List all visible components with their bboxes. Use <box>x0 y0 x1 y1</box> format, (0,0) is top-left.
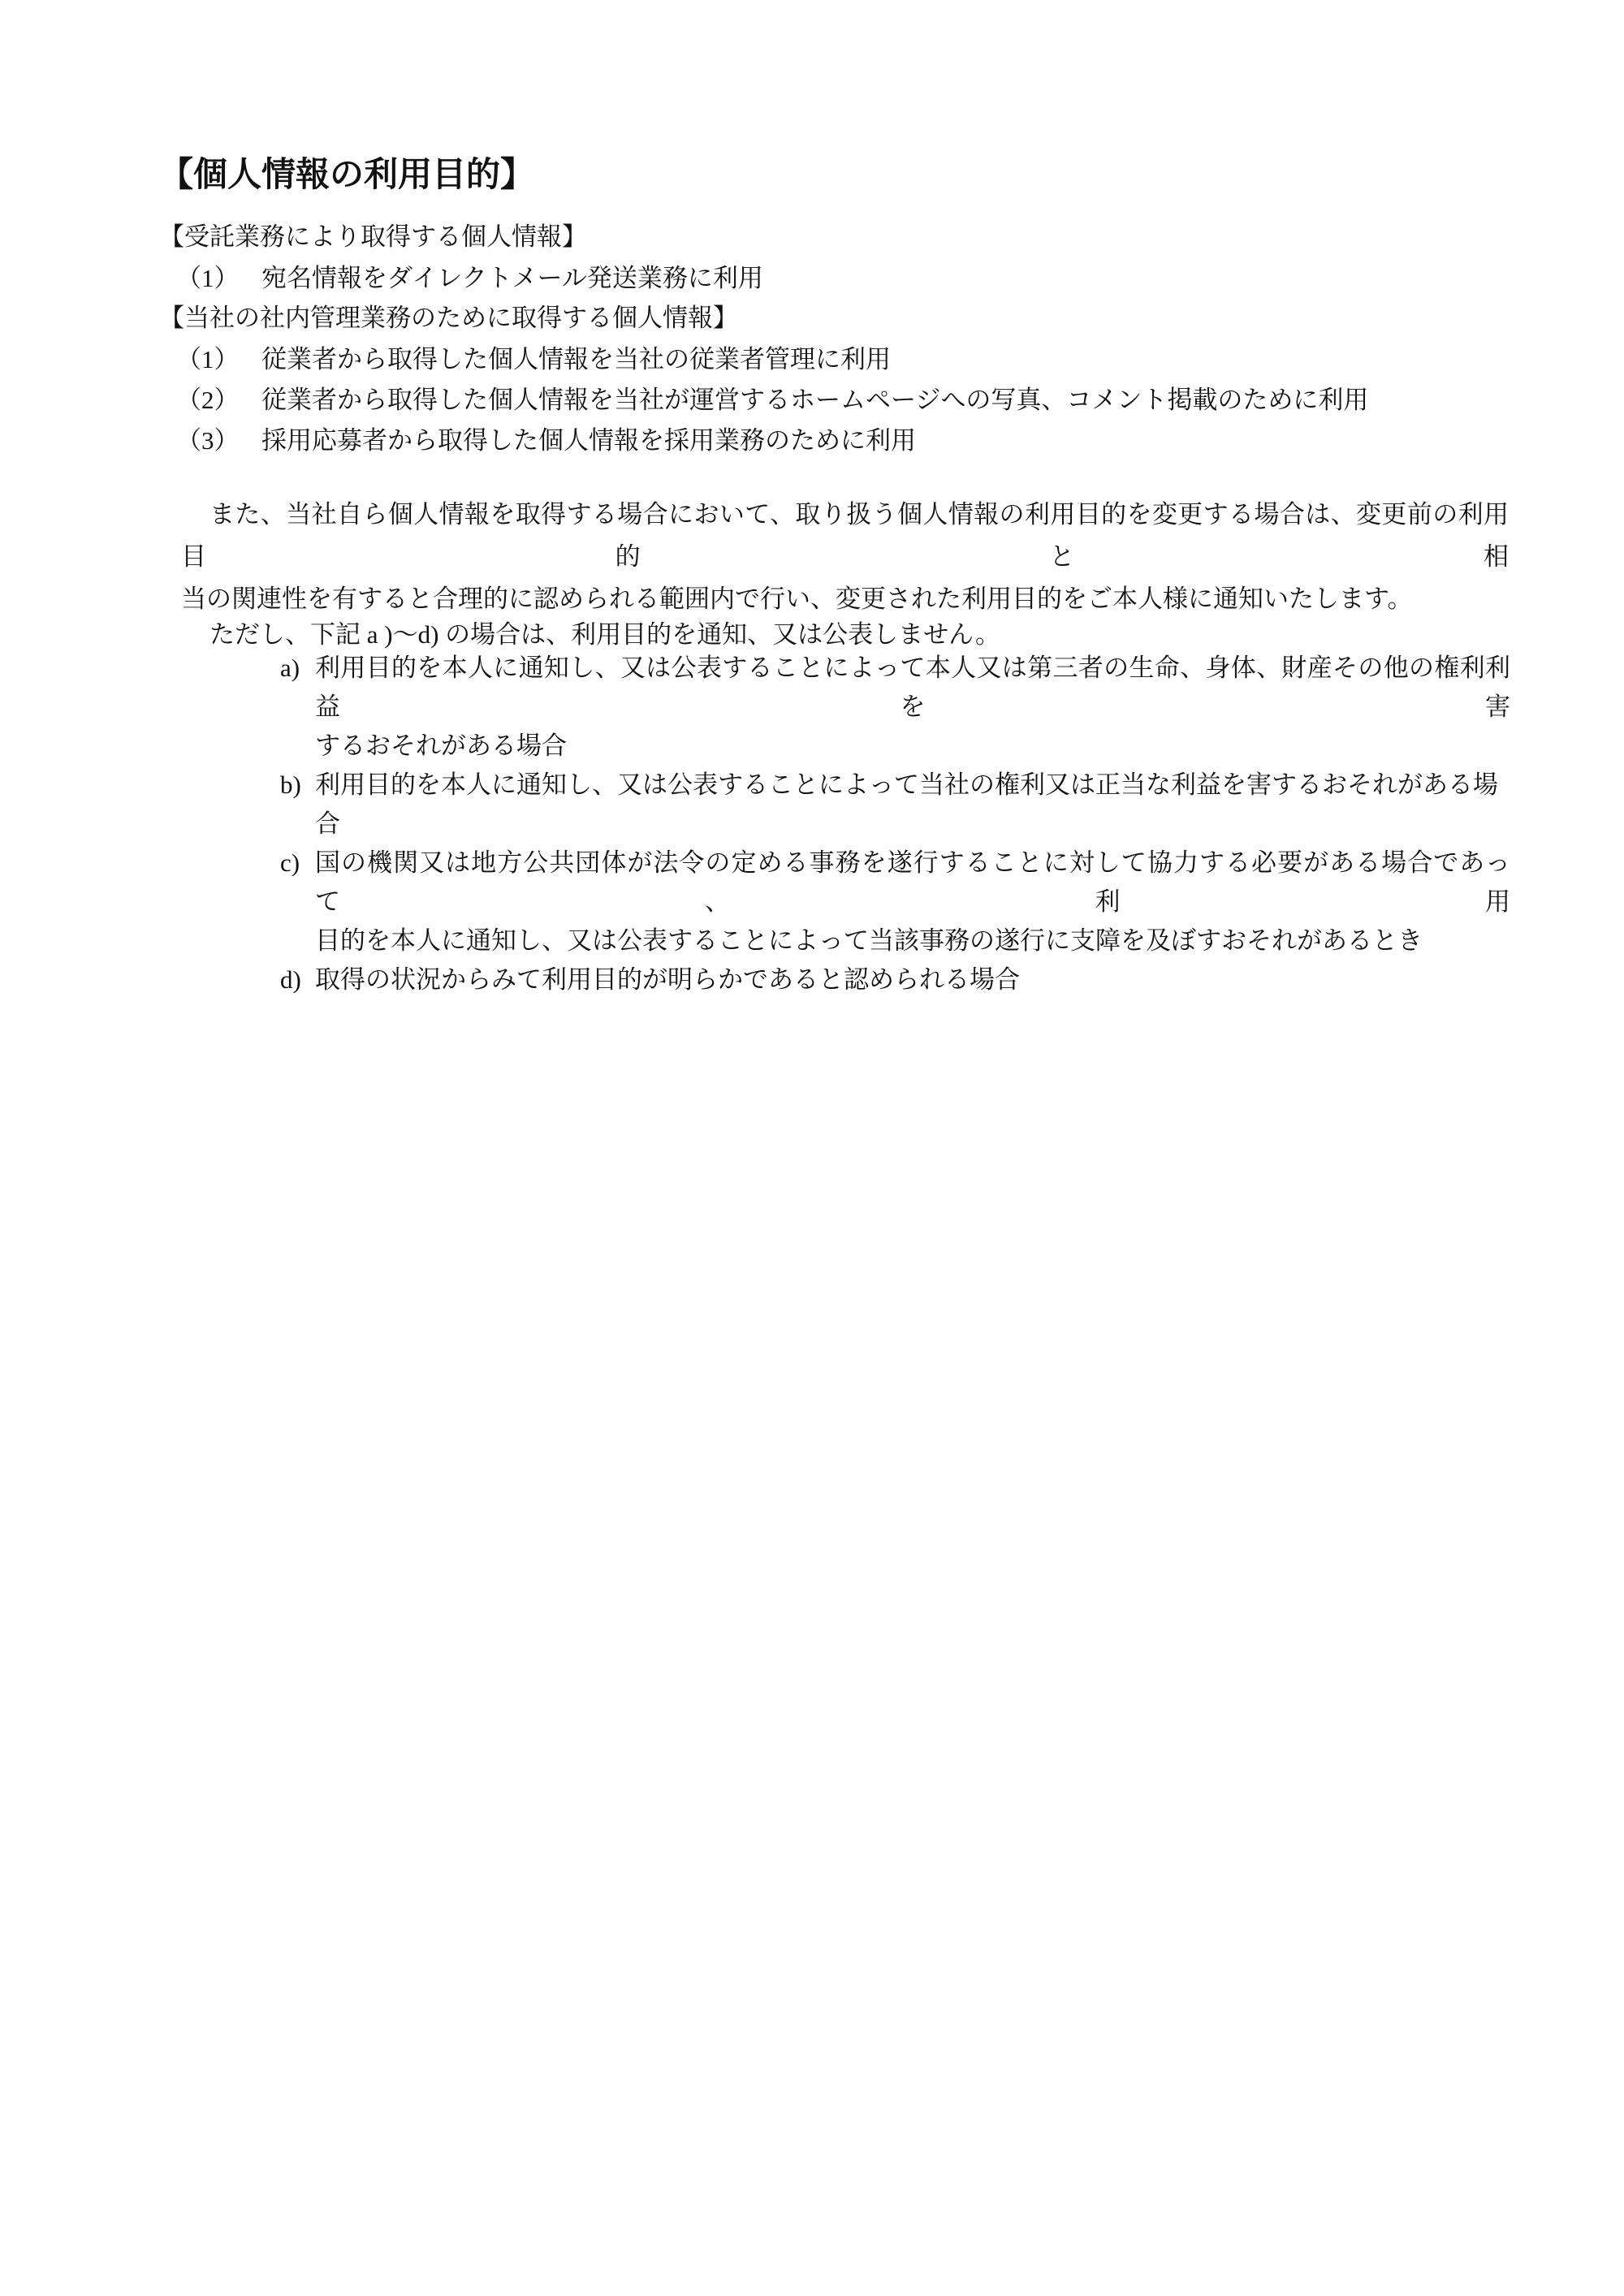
list-item: （1）従業者から取得した個人情報を当社の従業者管理に利用 <box>176 343 891 376</box>
list-item-text: 従業者から取得した個人情報を当社が運営するホームページへの写真、コメント掲載のた… <box>261 386 1368 414</box>
list-item-number: （1） <box>176 343 261 376</box>
section-heading-internal: 【当社の社内管理業務のために取得する個人情報】 <box>159 302 738 334</box>
list-item-text: 採用応募者から取得した個人情報を採用業務のために利用 <box>261 426 916 455</box>
list-item-number: （2） <box>176 384 261 416</box>
list-item-text: 利用目的を本人に通知し、又は公表することによって当社の権利又は正当な利益を害する… <box>315 766 1510 844</box>
list-item-number: （3） <box>176 425 261 457</box>
section-heading-consignment: 【受託業務により取得する個人情報】 <box>159 221 587 253</box>
list-item-label: b) <box>280 766 301 805</box>
paragraph-line: また、当社自ら個人情報を取得する場合において、取り扱う個人情報の利用目的を変更す… <box>181 494 1509 578</box>
list-item: （2）従業者から取得した個人情報を当社が運営するホームページへの写真、コメント掲… <box>176 384 1368 416</box>
list-item: （3）採用応募者から取得した個人情報を採用業務のために利用 <box>176 425 916 457</box>
list-item-label: c) <box>280 844 300 883</box>
list-item-text: 目的を本人に通知し、又は公表することによって当該事務の遂行に支障を及ぼすおそれが… <box>315 921 1510 960</box>
list-item-text: 従業者から取得した個人情報を当社の従業者管理に利用 <box>261 345 891 373</box>
list-item-label: d) <box>280 960 301 999</box>
list-item-text: するおそれがある場合 <box>315 727 1510 766</box>
list-item-number: （1） <box>176 262 261 295</box>
list-item: （1）宛名情報をダイレクトメール発送業務に利用 <box>176 262 763 295</box>
paragraph-change-notice: また、当社自ら個人情報を取得する場合において、取り扱う個人情報の利用目的を変更す… <box>181 494 1509 620</box>
list-item-label: a) <box>280 649 300 688</box>
page-title: 【個人情報の利用目的】 <box>159 156 534 195</box>
list-item: a) 利用目的を本人に通知し、又は公表することによって本人又は第三者の生命、身体… <box>315 649 1510 766</box>
document-page: 【個人情報の利用目的】 【受託業務により取得する個人情報】 （1）宛名情報をダイ… <box>0 0 1624 2296</box>
list-item-text: 取得の状況からみて利用目的が明らかであると認められる場合 <box>315 960 1510 999</box>
list-item-text: 利用目的を本人に通知し、又は公表することによって本人又は第三者の生命、身体、財産… <box>315 649 1510 727</box>
list-item: b) 利用目的を本人に通知し、又は公表することによって当社の権利又は正当な利益を… <box>315 766 1510 844</box>
exceptions-list: a) 利用目的を本人に通知し、又は公表することによって本人又は第三者の生命、身体… <box>315 649 1510 999</box>
list-item: d) 取得の状況からみて利用目的が明らかであると認められる場合 <box>315 960 1510 999</box>
list-item-text: 宛名情報をダイレクトメール発送業務に利用 <box>261 264 763 292</box>
list-item: c) 国の機関又は地方公共団体が法令の定める事務を遂行することに対して協力する必… <box>315 844 1510 960</box>
list-item-text: 国の機関又は地方公共団体が法令の定める事務を遂行することに対して協力する必要があ… <box>315 844 1510 921</box>
